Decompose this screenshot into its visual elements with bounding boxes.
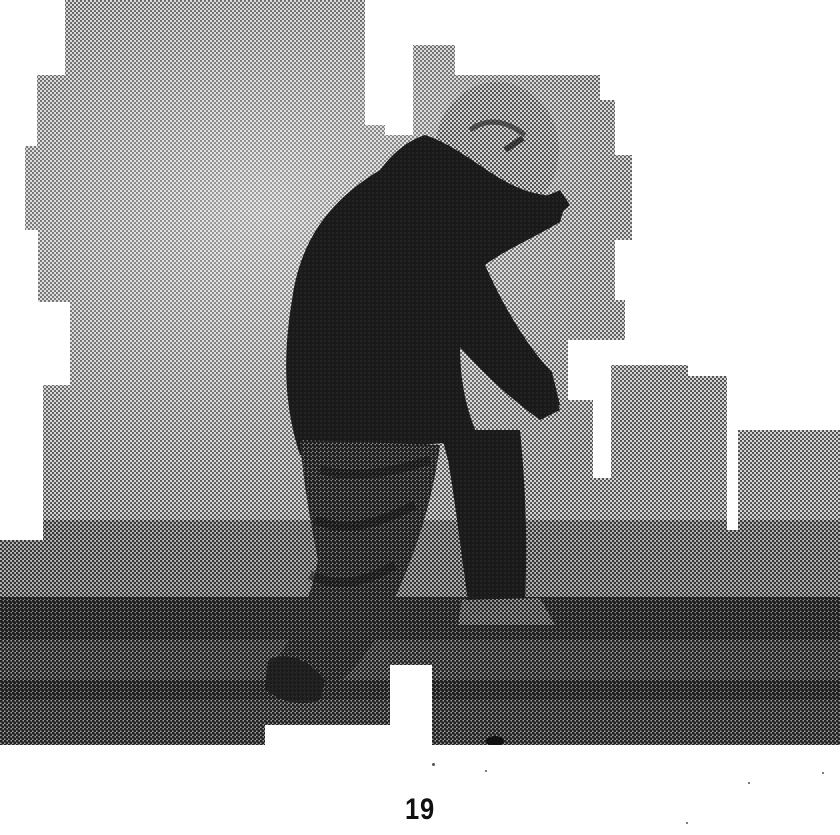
photo-scene: [0, 0, 840, 760]
scan-speck: [748, 782, 750, 784]
scan-speck: [432, 763, 435, 766]
page-number: 19: [63, 793, 777, 827]
book-page: 19: [0, 0, 840, 835]
figure-front-shoe: [458, 598, 555, 625]
scan-speck: [485, 770, 487, 772]
photo-canvas: [0, 0, 840, 760]
scan-speck: [822, 772, 824, 774]
halftone-photograph: [0, 0, 840, 760]
